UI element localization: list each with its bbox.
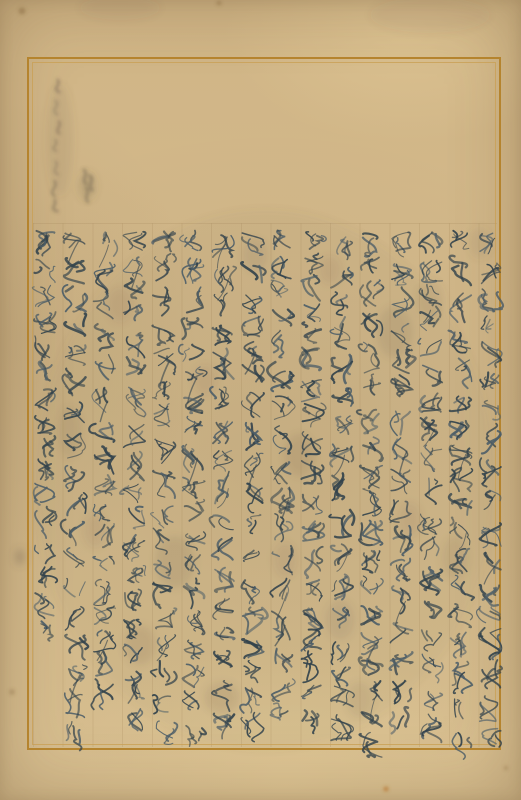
text-column	[418, 233, 443, 743]
text-column	[477, 233, 503, 747]
ghost-mark	[54, 101, 57, 115]
text-column	[89, 232, 117, 709]
text-column	[209, 235, 236, 739]
ink-bleed-ghost-marks	[52, 80, 92, 211]
text-column	[329, 237, 354, 740]
text-column	[179, 231, 207, 747]
ghost-blob-mark	[86, 188, 88, 202]
ghost-mark	[53, 140, 56, 151]
text-column	[151, 232, 178, 745]
text-column	[267, 231, 295, 720]
text-column	[448, 231, 474, 759]
manuscript-photo: Photograph of a single handwritten Japan…	[0, 0, 521, 800]
ghost-blob-mark	[90, 176, 92, 190]
text-column	[389, 232, 415, 733]
ghost-mark	[53, 200, 57, 211]
text-column	[240, 233, 267, 742]
text-column	[357, 233, 384, 757]
ghost-blob-mark	[84, 170, 86, 184]
text-column	[120, 232, 146, 731]
ghost-mark	[57, 122, 59, 134]
text-column	[61, 233, 88, 750]
ghost-mark	[56, 80, 59, 92]
ghost-mark	[55, 161, 58, 174]
text-column	[300, 232, 326, 733]
text-column	[32, 231, 57, 641]
handwritten-text-block	[32, 231, 503, 760]
ghost-mark	[52, 181, 55, 196]
handwriting-layer	[0, 0, 521, 800]
